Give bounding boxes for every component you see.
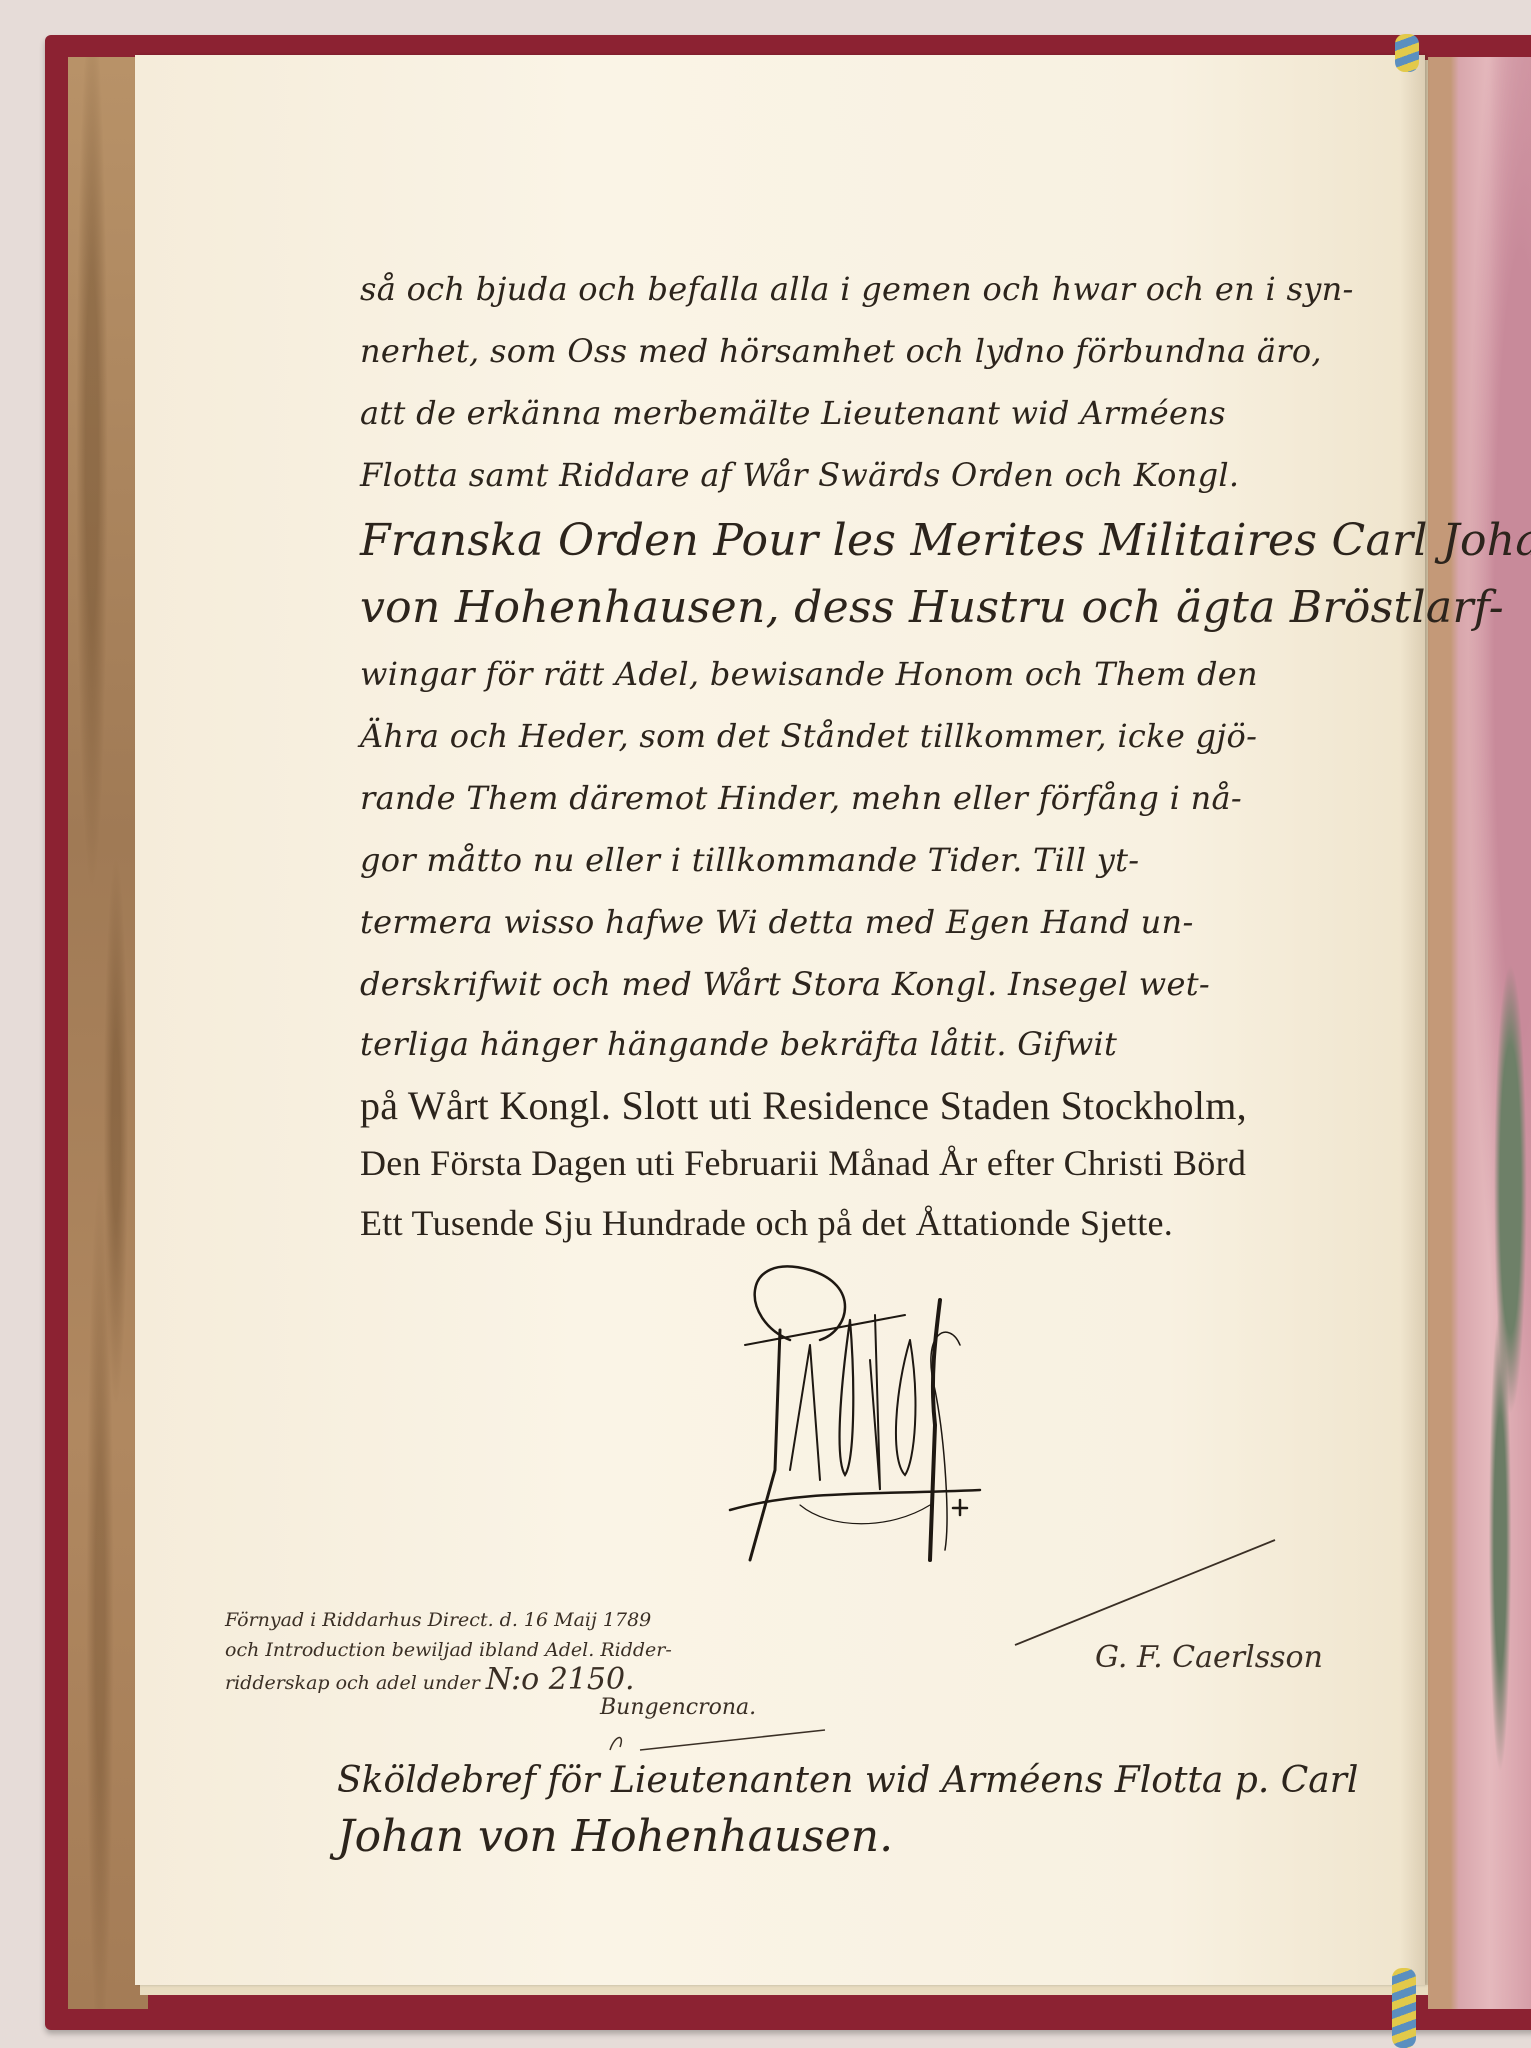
body-line: gor måtto nu eller i tillkommande Tider.… — [360, 841, 1139, 879]
note-line-text: ridderskap och adel under — [225, 1672, 480, 1694]
binding-cord-top — [1395, 34, 1419, 72]
endorsement-line-1: Sköldebref för Lieutenanten wid Arméens … — [337, 1760, 1358, 1801]
countersignature: G. F. Caerlsson — [1095, 1640, 1323, 1675]
registrar-flourish — [600, 1725, 830, 1755]
body-line: nerhet, som Oss med hörsamhet och lydno … — [360, 332, 1322, 370]
note-line: och Introduction bewiljad ibland Adel. R… — [225, 1635, 672, 1665]
body-line: Ähra och Heder, som det Ståndet tillkomm… — [360, 717, 1257, 755]
registrar-signature: Bungencrona. — [600, 1695, 756, 1720]
note-line: Förnyad i Riddarhus Direct. d. 16 Maij 1… — [225, 1605, 672, 1635]
binding-cord-bottom — [1392, 1968, 1416, 2048]
body-line: wingar för rätt Adel, bewisande Honom oc… — [360, 655, 1258, 693]
gutter-shadow — [1400, 55, 1428, 1985]
body-line: von Hohenhausen, dess Hustru och ägta Br… — [360, 582, 1504, 633]
body-line: Flotta samt Riddare af Wår Swärds Orden … — [360, 456, 1239, 494]
body-line: derskrifwit och med Wårt Stora Kongl. In… — [360, 965, 1210, 1003]
body-line: Ett Tusende Sju Hundrade och på det Åtta… — [360, 1202, 1173, 1244]
countersign-flourish-line — [1010, 1535, 1280, 1655]
body-line: så och bjuda och befalla alla i gemen oc… — [360, 270, 1354, 308]
endorsement-title: Sköldebref för Lieutenanten wid Arméens … — [337, 1760, 1358, 1862]
registration-number: N:o 2150. — [486, 1662, 635, 1697]
body-line: Franska Orden Pour les Merites Militaire… — [360, 515, 1531, 566]
body-line: att de erkänna merbemälte Lieutenant wid… — [360, 394, 1226, 432]
body-line: Den Första Dagen uti Februarii Månad År … — [360, 1142, 1246, 1184]
body-line: rande Them däremot Hinder, mehn eller fö… — [360, 779, 1242, 817]
body-line: termera wisso hafwe Wi detta med Egen Ha… — [360, 903, 1194, 941]
royal-signature-gustaf — [720, 1260, 1020, 1570]
body-line: terliga hänger hängande bekräfta låtit. … — [360, 1025, 1117, 1063]
note-line: ridderskap och adel under N:o 2150. — [225, 1665, 672, 1698]
registration-note: Förnyad i Riddarhus Direct. d. 16 Maij 1… — [225, 1605, 672, 1698]
endorsement-line-2: Johan von Hohenhausen. — [337, 1811, 1358, 1862]
body-line: på Wårt Kongl. Slott uti Residence Stade… — [360, 1082, 1247, 1129]
floral-endpaper-right — [1428, 57, 1531, 2009]
